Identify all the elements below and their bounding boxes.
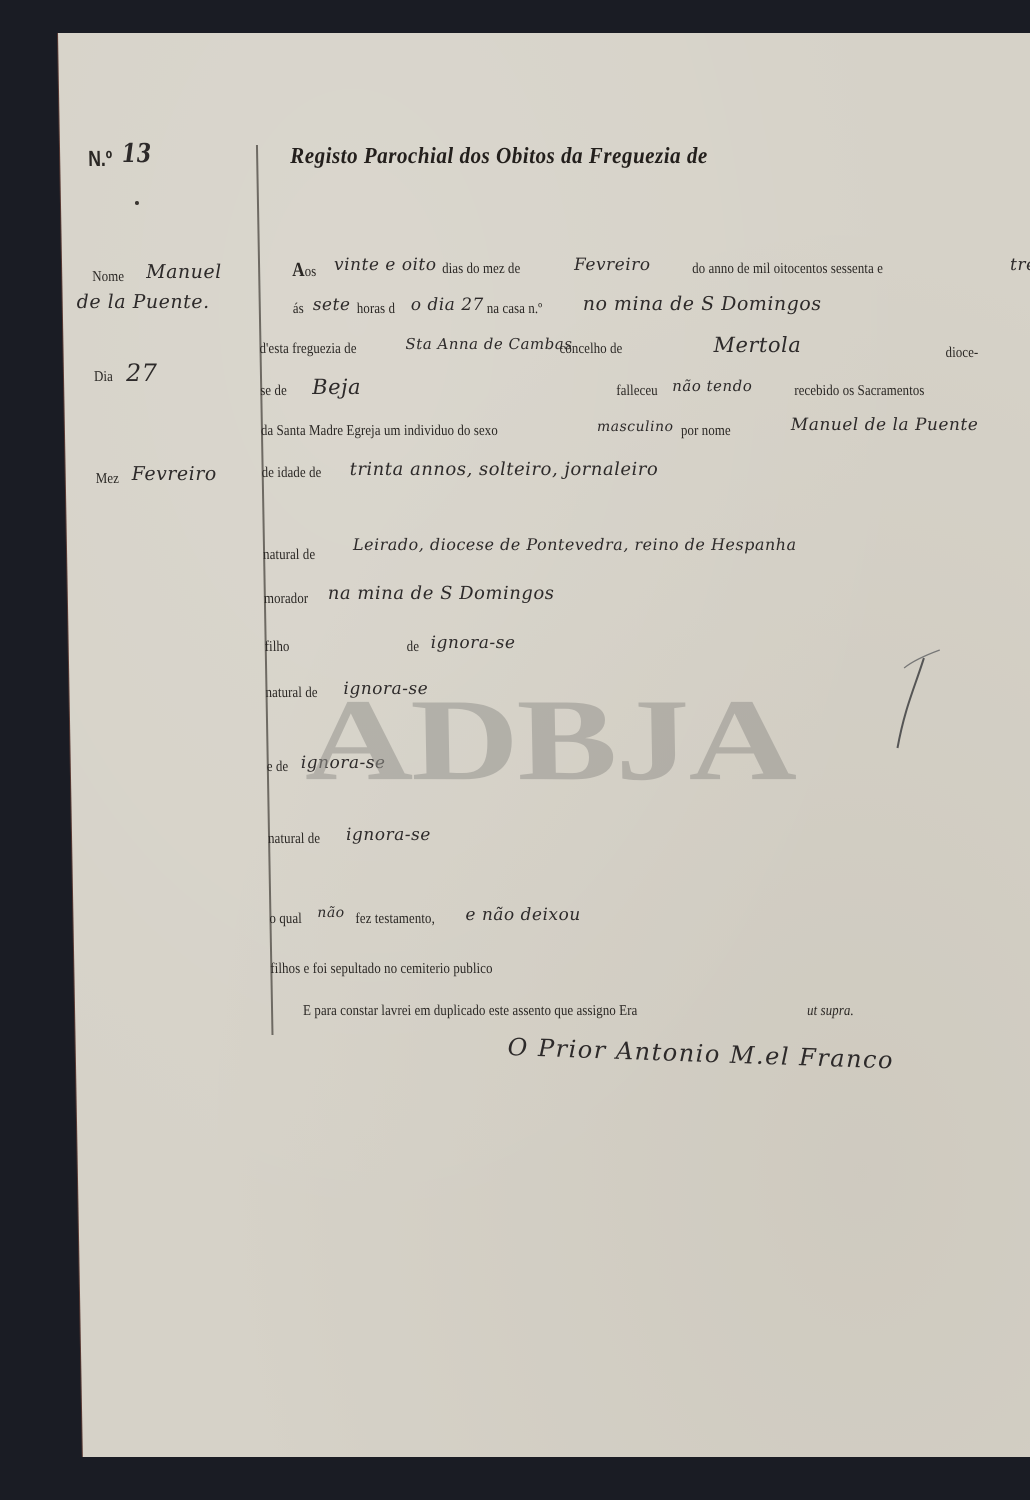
priest-signature: O Prior Antonio M.el Franco [507, 1033, 894, 1074]
text-e-de: e de [267, 759, 289, 776]
line-morador: morador na mina de S Domingos [264, 585, 1030, 613]
entry-number: N.º 13 [88, 143, 147, 173]
text-o-qual: o qual [269, 911, 302, 928]
nome-value-line1: Manuel [146, 261, 222, 283]
age-status-occupation: trinta annos, solteiro, jornaleiro [349, 459, 658, 480]
hour-value: sete [313, 295, 351, 315]
house-location: no mina de S Domingos [583, 293, 822, 315]
text-sacramentos: recebido os Sacramentos [794, 383, 925, 400]
text-idade: de idade de [262, 465, 322, 482]
birthplace-value: Leirado, diocese de Pontevedra, reino de… [353, 535, 797, 554]
line-age: de idade de trinta annos, solteiro, jorn… [261, 459, 1030, 487]
nome-label: Nome [92, 269, 124, 286]
mez-label: Mez [96, 471, 119, 488]
dia-label: Dia [94, 369, 113, 386]
concelho-value: Mertola [713, 333, 801, 357]
year-word: tres [1010, 255, 1030, 275]
text-dioce: dioce- [945, 345, 978, 362]
line-burial: filhos e foi sepultado no cemiterio publ… [270, 955, 1030, 983]
register-page: N.º 13 Registo Parochial dos Obitos da F… [58, 33, 1030, 1457]
text-sepultado: filhos e foi sepultado no cemiterio publ… [270, 961, 493, 978]
line-date: Aos vinte e oito dias do mez de Fevreiro… [292, 255, 1030, 283]
entry-number-label: N.º [88, 146, 112, 171]
text-dias-do-mez: dias do mez de [442, 261, 521, 278]
text-anno: do anno de mil oitocentos sessenta e [692, 261, 883, 278]
text-aos: os [305, 264, 317, 280]
text-fez-testamento: fez testamento, [355, 911, 435, 928]
text-freguezia: d'esta freguezia de [259, 341, 356, 358]
text-individuo: da Santa Madre Egreja um individuo do se… [261, 423, 498, 440]
entry-number-value: 13 [122, 139, 152, 169]
page-title: Registo Parochial dos Obitos da Freguezi… [290, 143, 708, 169]
deceased-name: Manuel de la Puente [791, 415, 979, 435]
archive-watermark: ADBJA [303, 673, 795, 807]
month-value: Fevreiro [574, 255, 651, 275]
text-filho: filho [265, 639, 290, 656]
line-diocese: se de Beja falleceu não tendo recebido o… [260, 377, 1030, 405]
text-se-de: se de [260, 383, 287, 400]
sacrament-status: não tendo [672, 377, 752, 395]
diocese-value: Beja [312, 375, 361, 399]
text-morador: morador [264, 591, 309, 608]
text-por-nome: por nome [681, 423, 731, 440]
line-sex-name: da Santa Madre Egreja um individuo do se… [261, 417, 1030, 445]
text-natural-de: natural de [268, 831, 320, 848]
dia-value: 27 [126, 359, 158, 387]
line-hour-house: ás sete horas d o dia 27 na casa n.º no … [293, 295, 1030, 323]
day-number: o dia 27 [411, 295, 484, 315]
text-falleceu: falleceu [616, 383, 658, 400]
line-natural: natural de Leirado, diocese de Pontevedr… [263, 533, 1030, 561]
residence-value: na mina de S Domingos [328, 583, 555, 604]
testament-status: não [317, 905, 345, 921]
pencil-mark [884, 648, 946, 758]
text-casa: na casa n.º [487, 301, 543, 318]
father-value: ignora-se [430, 633, 515, 653]
sex-value: masculino [597, 419, 674, 435]
mother-birthplace-value: ignora-se [346, 825, 431, 845]
parish-value: Sta Anna de Cambas [405, 335, 572, 353]
drop-cap: A [292, 259, 305, 281]
line-mother-natural: natural de ignora-se [268, 825, 1030, 853]
line-testament: o qual não fez testamento, e não deixou [269, 905, 1030, 933]
line-parish: d'esta freguezia de Sta Anna de Cambas c… [259, 335, 1030, 363]
day-in-words: vinte e oito [334, 255, 437, 275]
text-de: de [407, 639, 420, 656]
mez-value: Fevreiro [132, 463, 217, 485]
nome-value-line2: de la Puente. [77, 291, 210, 313]
text-ut-supra: ut supra. [807, 1003, 854, 1020]
text-as: ás [293, 301, 304, 318]
text-concelho: concelho de [559, 341, 622, 358]
text-natural-de: natural de [263, 547, 315, 564]
children-status: e não deixou [465, 905, 581, 925]
ink-dot [135, 201, 139, 205]
text-para-constar: E para constar lavrei em duplicado este … [303, 1003, 638, 1020]
line-closing: E para constar lavrei em duplicado este … [303, 997, 1030, 1025]
text-horas: horas d [357, 301, 396, 318]
